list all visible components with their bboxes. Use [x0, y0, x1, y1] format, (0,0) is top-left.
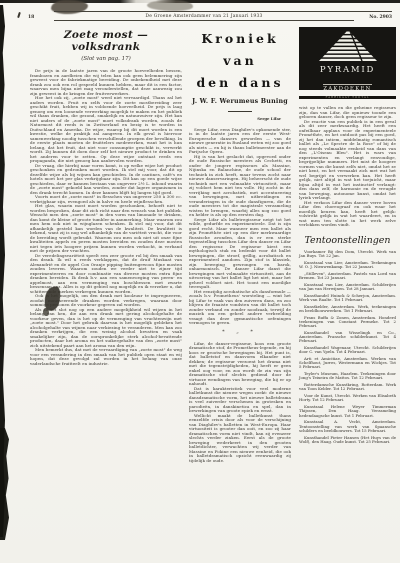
masthead: De Groene Amsterdammer van 21 Januari 19…: [54, 11, 354, 21]
paragraph: Het verkoos Lifar den danser verre boven…: [299, 201, 396, 228]
paragraph: De prijs in de laatste jaren van de groo…: [30, 69, 182, 96]
exhibition-item: „Stilleven", Amsterdam. Pastels van Loed…: [299, 272, 396, 280]
ad-product: ZAKDOEKEN: [323, 84, 371, 92]
article-body: De prijs in de laatste jaren van de groo…: [30, 69, 182, 366]
ad-brand: PYRAMID: [299, 66, 396, 75]
paragraph: Hoe het ook zij, „zoete most" werd niet …: [30, 96, 182, 164]
headline-line-1: Kroniek van: [189, 28, 291, 72]
pyramid-advertisement: PYRAMID ZAKDOEKEN FABRIKAAT TOOTAL: [299, 27, 396, 90]
right-column: PYRAMID ZAKDOEKEN FABRIKAAT TOOTAL wist …: [299, 27, 396, 463]
article-kroniek: Kroniek van den dans J. W. F. Werumeus B…: [189, 27, 291, 463]
exhibition-item: Kunsthandel van Wisselingh en Co., Amste…: [299, 331, 396, 344]
headline-line-2: den dans: [189, 72, 291, 94]
kicker-serge-lifar: Serge Lifar: [189, 116, 291, 121]
exhibition-item: Kunstzaal van Lier, Amsterdam. Teekening…: [299, 261, 396, 269]
paragraph: Wellicht maakt de balletkunst thans eenz…: [189, 414, 291, 464]
paragraph: De vraag, die hierbij naar voren komt, i…: [30, 164, 182, 196]
scan-tick-mark: [17, 12, 21, 18]
exhibition-item: Arti et Amicitiae, Amsterdam. Werken van…: [299, 357, 396, 370]
article-title: Zoete most — volksdrank: [30, 29, 182, 53]
paragraph: Dat is karakteristiek voor veel moderne …: [189, 387, 291, 414]
paragraph: Serge Lifar als balletregisseur neigt to…: [189, 218, 291, 290]
paragraph: De reactie van een publiek is in een gev…: [299, 120, 396, 201]
paragraph: Serge Lifar, eens Diaghilev's opkomende …: [189, 128, 291, 155]
page-number: 18: [28, 11, 54, 21]
exhibition-item: Kunstzaal A. Vecht, Amsterdam. Tentoonst…: [299, 420, 396, 433]
article-subtitle: (Slot van pag. 17): [30, 56, 182, 62]
issue-number: No. 2903: [354, 11, 392, 21]
exhibition-item: Teyler's Museum, Haarlem. Teekeningen do…: [299, 372, 396, 380]
paragraph: Lifar, de danser-regisseur, koos een gro…: [189, 342, 291, 387]
exhibition-item: Kunstzaal van Lier, Amsterdam. Schilderi…: [299, 283, 396, 291]
exhibition-item: Voor de Kunst, Utrecht. Werken van Elisa…: [299, 394, 396, 402]
exhibition-item: Kunsthandel Pieter Hansen (Het Huys van …: [299, 436, 396, 444]
scan-edge-left-chunk: [0, 428, 9, 540]
newspaper-page: 18 De Groene Amsterdammer van 21 Januari…: [0, 0, 400, 563]
byline-rule: [228, 111, 252, 112]
paragraph: wist op te vallen en die geheime regisse…: [299, 106, 396, 120]
paragraph: Het eenzijdig acrobatische als dansformu…: [189, 290, 291, 326]
article-body-continued: wist op te vallen en die geheime regisse…: [299, 106, 396, 228]
paragraph: Men bemerkt dus, dat met de vervaardigin…: [30, 348, 182, 366]
scan-smudge-light: [147, 0, 193, 11]
exhibition-item: Kunstzaal Helene Weyer Timmerman Thijsse…: [299, 405, 396, 418]
page-header: 18 De Groene Amsterdammer van 21 Januari…: [28, 11, 392, 21]
exhibitions-list: Voorkamer Bij den Dom, Utrecht. Werk van…: [299, 250, 396, 444]
pyramid-logo-icon: [317, 30, 379, 61]
paragraph: Hij is van het geslacht dat, opgevoed on…: [189, 155, 291, 218]
exhibition-item: Frans Buffa & Zonen, Amsterdam. Honderd …: [299, 316, 396, 329]
headline: Kroniek van den dans: [189, 28, 291, 94]
columns: Zoete most — volksdrank (Slot van pag. 1…: [30, 27, 396, 463]
exhibition-item: Kunsthandel Wagenaar, Utrecht. Schilderi…: [299, 346, 396, 354]
exhibition-item: Voorkamer Bij den Dom, Utrecht. Werk van…: [299, 250, 396, 258]
article-body-bottom: Lifar, de danser-regisseur, koos een gro…: [189, 342, 291, 464]
exhibition-item: Kunstkelder, Amsterdam. Werk, teekeninge…: [299, 305, 396, 313]
article-body-top: Serge Lifar, eens Diaghilev's opkomende …: [189, 128, 291, 326]
paragraph: Als ik tot slot nog op een andere mogeli…: [30, 308, 182, 349]
byline: J. W. F. Werumeus Buning: [189, 98, 291, 105]
section-divider: * „ *: [189, 329, 291, 335]
ink-blot-small: [43, 308, 49, 316]
exhibitions-heading: Tentoonstellingen: [299, 235, 396, 246]
exhibition-item: Rotterdamsche Kunstkring, Rotterdam. Wer…: [299, 383, 396, 391]
article-zoete-most: Zoete most — volksdrank (Slot van pag. 1…: [30, 27, 182, 463]
paragraph: Het glas, waarin most moet worden gescho…: [30, 204, 182, 254]
exhibition-item: Kunsthandel Huinck & Scherjon, Amsterdam…: [299, 294, 396, 302]
